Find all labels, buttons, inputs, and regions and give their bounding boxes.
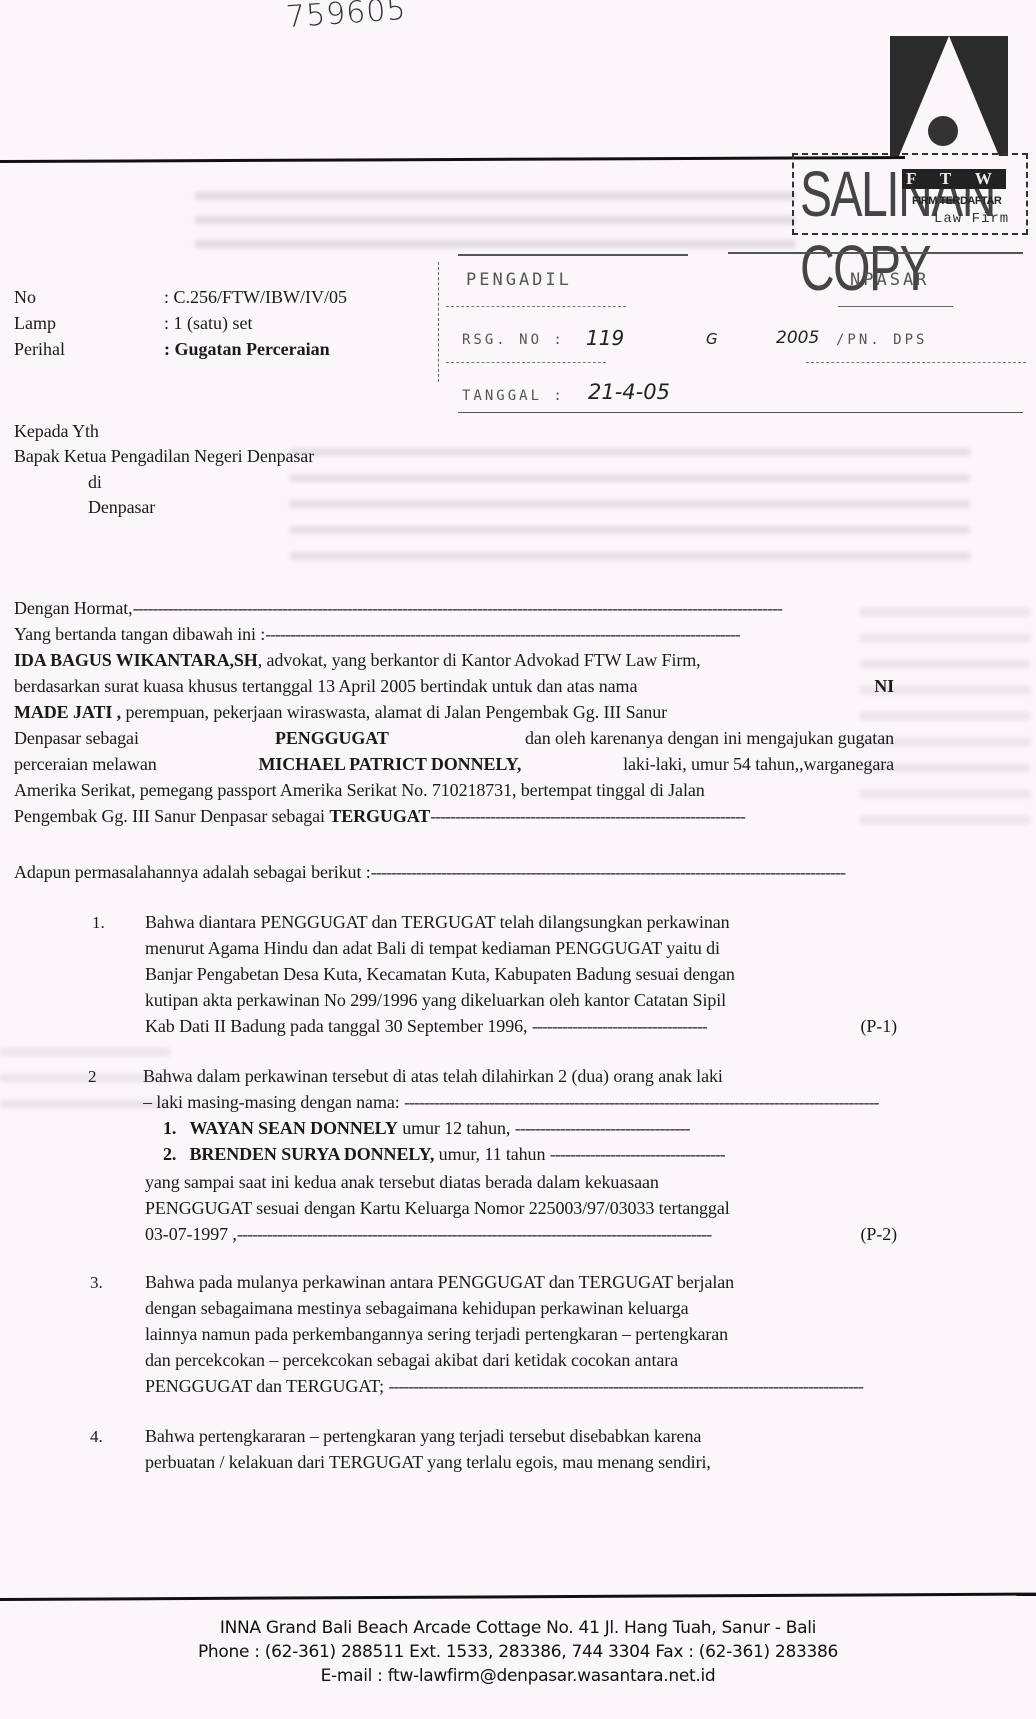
reg-suffix: /PN. DPS [836, 332, 927, 348]
meta-perihal-value: : Gugatan Perceraian [164, 339, 330, 359]
item-2-number: 2 [88, 1067, 97, 1087]
item-4-line: perbuatan / kelakuan dari TERGUGAT yang … [145, 1452, 711, 1473]
item-1-line: Bahwa diantara PENGGUGAT dan TERGUGAT te… [145, 912, 730, 933]
opening-line2: berdasarkan surat kuasa khusus tertangga… [14, 676, 894, 697]
child-1-name: WAYAN SEAN DONNELY [190, 1118, 398, 1138]
logo-circle-icon [928, 116, 958, 146]
issues-intro: Adapun permasalahannya adalah sebagai be… [14, 862, 894, 883]
header-rule [0, 156, 905, 163]
child-2: 2. BRENDEN SURYA DONNELY, umur, 11 tahun… [163, 1144, 897, 1165]
item-3-line: PENGGUGAT dan TERGUGAT; ----------------… [145, 1376, 897, 1397]
reg-number: 119 [586, 326, 624, 350]
opening-line5: perceraian melawanMICHAEL PATRICT DONNEL… [14, 754, 894, 775]
footer-email: E-mail : ftw-lawfirm@denpasar.wasantara.… [0, 1666, 1036, 1686]
plaintiff-name: MADE JATI , [14, 702, 121, 722]
meta-perihal: Perihal: Gugatan Perceraian [14, 339, 330, 360]
bleed-through-text [290, 440, 970, 560]
item-2-line: PENGGUGAT sesuai dengan Kartu Keluarga N… [145, 1198, 730, 1219]
reg-year: 2005 [776, 328, 819, 348]
item-4-line: Bahwa pertengkararan – pertengkaran yang… [145, 1426, 701, 1447]
lawyer-name: IDA BAGUS WIKANTARA,SH [14, 650, 258, 670]
addressee-line4: Denpasar [88, 497, 155, 518]
date-label: TANGGAL : [462, 388, 565, 404]
meta-no-value: : C.256/FTW/IBW/IV/05 [164, 287, 347, 307]
item-1-line: Banjar Pengabetan Desa Kuta, Kecamatan K… [145, 964, 735, 985]
stamp-firm-subtitle: FIRM TERDAFTAR [912, 195, 1001, 207]
opening-line6: Amerika Serikat, pemegang passport Ameri… [14, 780, 705, 801]
reg-label: RSG. NO : [462, 332, 565, 348]
stamp-firm-code: F T W [902, 169, 1006, 189]
item-3-line: lainnya namun pada perkembangannya serin… [145, 1324, 728, 1345]
evidence-ref-p2: (P-2) [861, 1224, 898, 1245]
meta-no: No: C.256/FTW/IBW/IV/05 [14, 287, 347, 308]
item-1-line: kutipan akta perkawinan No 299/1996 yang… [145, 990, 726, 1011]
court-title-right: NPASAR [850, 270, 929, 290]
stamp-firm-label: Law Firm [934, 211, 1009, 227]
greeting-line: Dengan Hormat,--------------------------… [14, 598, 894, 619]
child-2-name: BRENDEN SURYA DONNELY, [190, 1144, 435, 1164]
item-2-line: yang sampai saat ini kedua anak tersebut… [145, 1172, 659, 1193]
addressee-line3: di [88, 472, 102, 493]
item-3-line: dengan sebagaimana mestinya sebagaimana … [145, 1298, 689, 1319]
child-1: 1. WAYAN SEAN DONNELY umur 12 tahun, ---… [163, 1118, 897, 1139]
opening-line3: MADE JATI , perempuan, pekerjaan wiraswa… [14, 702, 667, 723]
footer-address: INNA Grand Bali Beach Arcade Cottage No.… [0, 1618, 1036, 1638]
evidence-ref-p1: (P-1) [861, 1016, 898, 1037]
meta-lamp: Lamp: 1 (satu) set [14, 313, 252, 334]
reg-mid: G [706, 330, 718, 348]
addressee-line1: Kepada Yth [14, 421, 99, 442]
opening-line4: Denpasar sebagaiPENGGUGATdan oleh karena… [14, 728, 894, 749]
item-1-line: menurut Agama Hindu dan adat Bali di tem… [145, 938, 720, 959]
item-1-number: 1. [92, 913, 105, 933]
ftw-logo [890, 36, 1008, 156]
court-registration-stamp: PENGADIL NPASAR RSG. NO : 119 G 2005 /PN… [438, 252, 1030, 412]
opening-line7: Pengembak Gg. III Sanur Denpasar sebagai… [14, 806, 894, 827]
court-title-left: PENGADIL [466, 270, 572, 290]
signed-line: Yang bertanda tangan dibawah ini :------… [14, 624, 894, 645]
item-1-line: Kab Dati II Badung pada tanggal 30 Septe… [145, 1016, 897, 1037]
handwritten-reference-number: 759605 [285, 0, 408, 35]
date-value: 21-4-05 [588, 380, 670, 404]
item-3-line: Bahwa pada mulanya perkawinan antara PEN… [145, 1272, 734, 1293]
bleed-through-text [195, 186, 795, 256]
item-4-number: 4. [90, 1427, 103, 1447]
item-3-line: dan percekcokan – percekcokan sebagai ak… [145, 1350, 678, 1371]
copy-stamp: SALINAN COPY F T W FIRM TERDAFTAR Law Fi… [792, 153, 1028, 235]
lawyer-line: IDA BAGUS WIKANTARA,SH, advokat, yang be… [14, 650, 701, 671]
item-3-number: 3. [90, 1273, 103, 1293]
footer-rule [0, 1593, 1036, 1601]
addressee-line2: Bapak Ketua Pengadilan Negeri Denpasar [14, 446, 314, 467]
meta-lamp-value: : 1 (satu) set [164, 313, 252, 333]
item-2-line: 03-07-1997 ,----------------------------… [145, 1224, 897, 1245]
item-2-line: Bahwa dalam perkawinan tersebut di atas … [143, 1066, 723, 1087]
footer-phone: Phone : (62-361) 288511 Ext. 1533, 28338… [0, 1642, 1036, 1662]
item-2-line: – laki masing-masing dengan nama: ------… [143, 1092, 897, 1113]
defendant-name: MICHAEL PATRICT DONNELY, [258, 754, 521, 775]
